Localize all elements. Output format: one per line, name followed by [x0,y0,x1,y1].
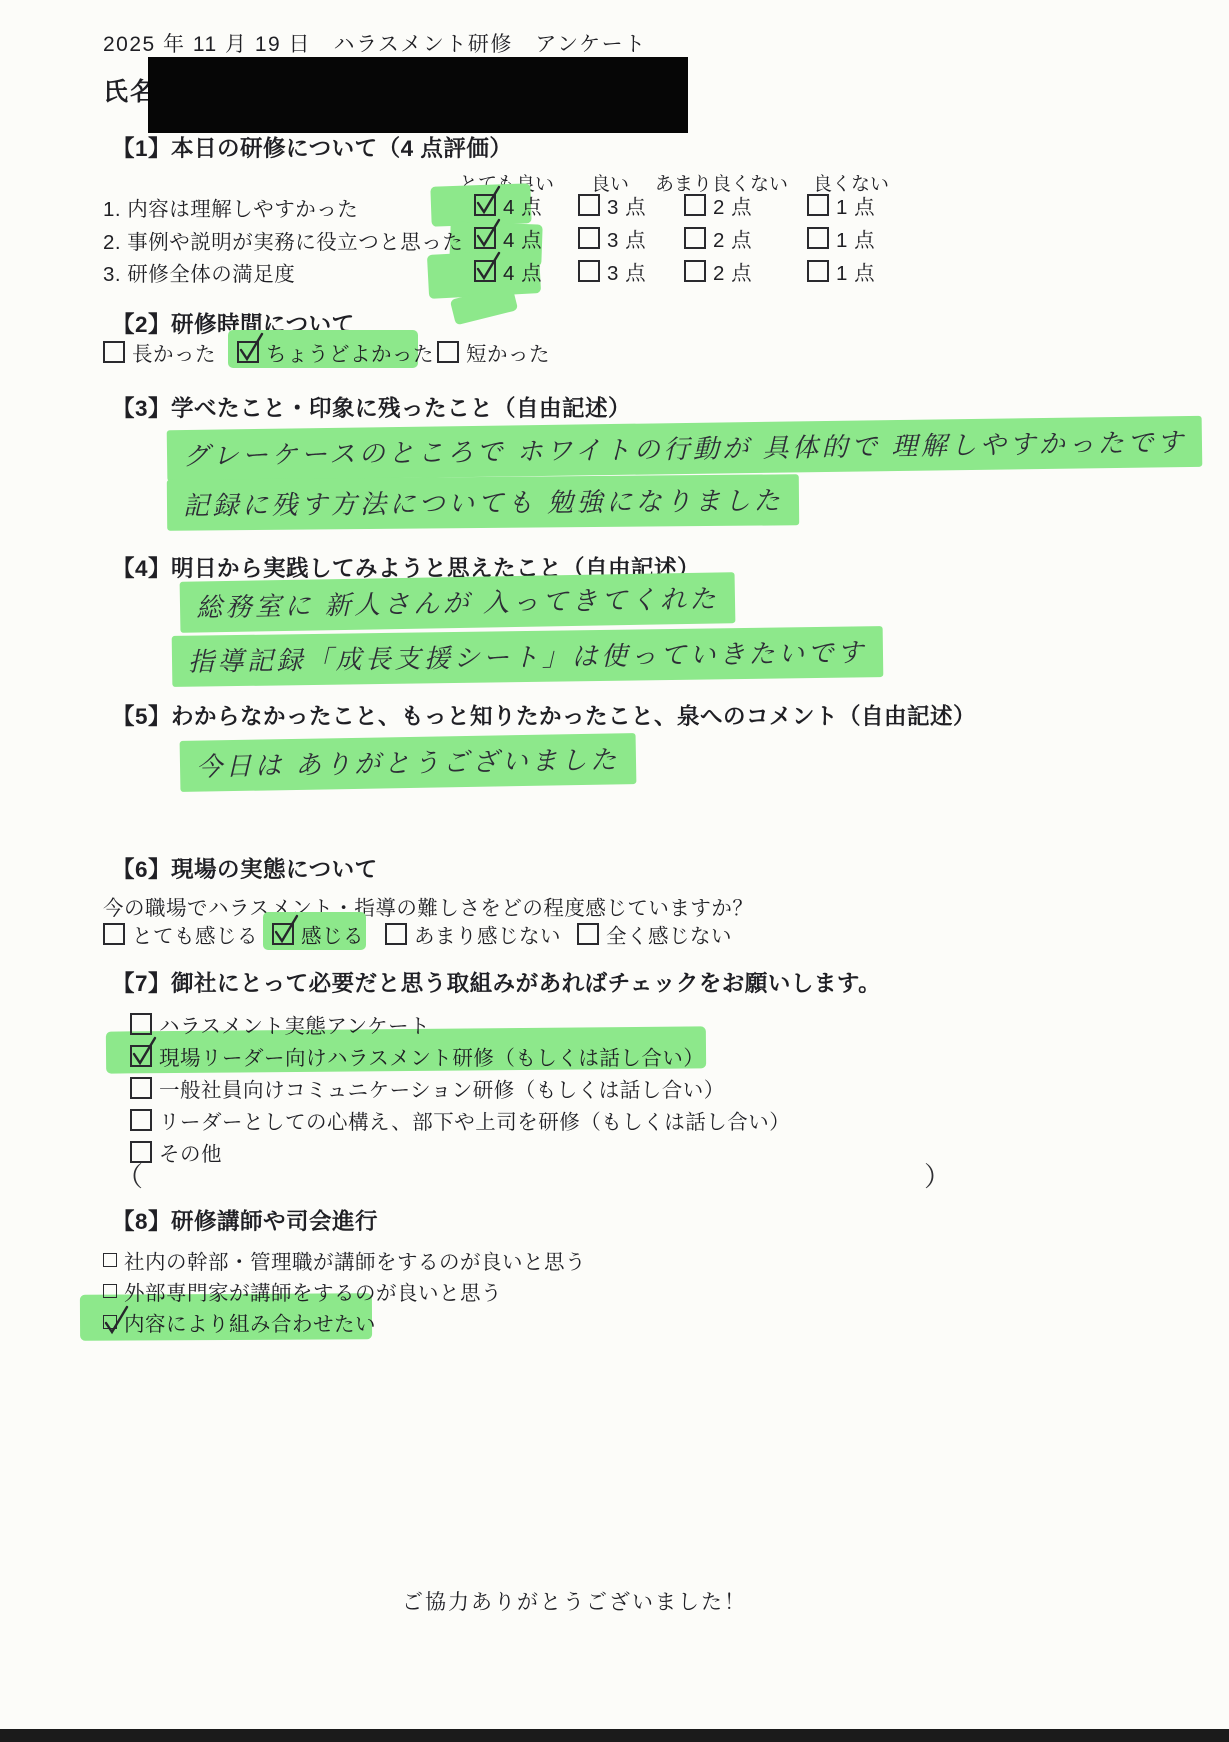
option-label: 1 点 [836,256,875,286]
rating-row-label: 2. 事例や説明が実務に役立つと思った [103,225,463,255]
checkbox[interactable] [130,1013,152,1035]
handwritten-text: 今日は ありがとうございました [196,744,620,781]
section6-title: 【6】現場の実態について [112,852,378,884]
checkbox[interactable] [385,923,407,945]
rating-row-label: 1. 内容は理解しやすかった [103,192,358,222]
rating-option-1: 1 点 [807,190,875,220]
option-label: 4 点 [503,223,542,253]
handwritten-text: 記録に残す方法についても 勉強になりました [183,485,783,520]
option-label: 2 点 [713,223,752,253]
rating-option-3: 3 点 [578,223,646,253]
section6-question: 今の職場でハラスメント・指導の難しさをどの程度感じていますか？ [103,891,753,921]
other-answer-paren-close: ） [924,1155,951,1194]
checkbox[interactable] [130,1077,152,1099]
rating-option-4: 4 点 [474,256,542,286]
rating-option-2: 2 点 [684,223,752,253]
rating-option-4: 4 点 [474,223,542,253]
option-label: 1 点 [836,223,875,253]
checkbox-checked[interactable] [474,194,496,216]
option-label: 短かった [466,337,550,367]
rating-option-3: 3 点 [578,256,646,286]
checkbox-checked[interactable] [474,227,496,249]
option-label: 一般社員向けコミュニケーション研修（もしくは話し合い） [159,1073,725,1103]
scan-edge-strip [0,1729,1229,1742]
checkbox[interactable] [103,923,125,945]
initiative-item-leader-training: 現場リーダー向けハラスメント研修（もしくは話し合い） [130,1041,704,1071]
lecturer-option-internal: 社内の幹部・管理職が講師をするのが良いと思う [103,1245,586,1275]
option-label: あまり感じない [414,919,561,949]
section7-title: 【7】御社にとって必要だと思う取組みがあればチェックをお願いします。 [112,966,881,998]
checkbox[interactable] [577,923,599,945]
option-label: 2 点 [713,256,752,286]
rating-option-2: 2 点 [684,190,752,220]
rating-row-label: 3. 研修全体の満足度 [103,257,295,287]
checkbox[interactable] [437,341,459,363]
feel-option-strong: とても感じる [103,919,258,949]
time-option-just-right: ちょうどよかった [237,337,434,367]
checkbox[interactable] [684,260,706,282]
handwritten-text: 総務室に 新人さんが 入ってきてくれた [196,583,719,622]
initiative-item-communication-training: 一般社員向けコミュニケーション研修（もしくは話し合い） [130,1073,725,1103]
feel-option-not-much: あまり感じない [385,919,561,949]
initiative-item-leader-mindset: リーダーとしての心構え、部下や上司を研修（もしくは話し合い） [130,1105,790,1135]
rating-option-3: 3 点 [578,190,646,220]
initiative-item-other: その他 [130,1137,222,1167]
checkbox[interactable] [807,227,829,249]
checkbox[interactable] [578,227,600,249]
option-label: 4 点 [503,190,542,220]
checkbox[interactable] [578,194,600,216]
checkbox[interactable] [130,1109,152,1131]
checkbox[interactable] [684,194,706,216]
rating-option-1: 1 点 [807,256,875,286]
handwritten-answer: 記録に残す方法についても 勉強になりました [167,474,800,531]
handwritten-answer: グレーケースのところで ホワイトの行動が 具体的で 理解しやすかったです [167,416,1203,481]
survey-page: 2025 年 11 月 19 日 ハラスメント研修 アンケート 氏名 【1】本日… [0,0,1229,1742]
checkbox-checked[interactable] [130,1045,152,1067]
option-label: 全く感じない [606,919,732,949]
option-label: ちょうどよかった [266,337,434,367]
rating-option-1: 1 点 [807,223,875,253]
option-label: 3 点 [607,190,646,220]
time-option-long: 長かった [103,337,216,367]
checkbox[interactable] [578,260,600,282]
checkbox-checked[interactable] [474,260,496,282]
option-label: とても感じる [132,919,258,949]
option-label: 3 点 [607,223,646,253]
option-label: その他 [159,1137,222,1167]
section1-title: 【1】本日の研修について（4 点評価） [112,131,512,163]
checkbox[interactable] [103,341,125,363]
option-label: ハラスメント実態アンケート [159,1009,430,1039]
checkbox[interactable] [807,260,829,282]
option-label: 現場リーダー向けハラスメント研修（もしくは話し合い） [159,1041,704,1071]
other-answer-paren-open: （ [116,1155,143,1194]
section5-title: 【5】わからなかったこと、もっと知りたかったこと、泉へのコメント（自由記述） [112,699,976,731]
lecturer-option-combined: 内容により組み合わせたい [103,1307,376,1337]
feel-option-none: 全く感じない [577,919,732,949]
option-label: 社内の幹部・管理職が講師をするのが良いと思う [124,1245,586,1275]
lecturer-option-external: 外部専門家が講師をするのが良いと思う [103,1276,502,1306]
option-label: 1 点 [836,190,875,220]
name-redaction-box [148,57,688,133]
checkbox-checked[interactable] [103,1315,117,1329]
checkbox-checked[interactable] [272,923,294,945]
rating-option-4: 4 点 [474,190,542,220]
handwritten-answer: 総務室に 新人さんが 入ってきてくれた [180,572,736,633]
checkbox-checked[interactable] [237,341,259,363]
rating-option-2: 2 点 [684,256,752,286]
option-label: 2 点 [713,190,752,220]
checkbox[interactable] [103,1284,117,1298]
section3-title: 【3】学べたこと・印象に残ったこと（自由記述） [112,391,631,423]
handwritten-answer: 指導記録「成長支援シート」は使っていきたいです [172,626,883,687]
feel-option-yes: 感じる [272,919,364,949]
handwritten-text: グレーケースのところで ホワイトの行動が 具体的で 理解しやすかったです [183,427,1187,471]
handwritten-text: 指導記録「成長支援シート」は使っていきたいです [188,637,867,676]
checkbox[interactable] [684,227,706,249]
option-label: 感じる [301,919,364,949]
option-label: 内容により組み合わせたい [124,1307,376,1337]
footer-thanks: ご協力ありがとうございました！ [402,1586,747,1616]
initiative-item-survey: ハラスメント実態アンケート [130,1009,430,1039]
handwritten-answer: 今日は ありがとうございました [180,733,637,792]
option-label: 3 点 [607,256,646,286]
option-label: 4 点 [503,256,542,286]
section8-title: 【8】研修講師や司会進行 [112,1204,378,1236]
checkbox[interactable] [807,194,829,216]
option-label: 外部専門家が講師をするのが良いと思う [124,1276,502,1306]
checkbox[interactable] [103,1253,117,1267]
option-label: 長かった [132,337,216,367]
option-label: リーダーとしての心構え、部下や上司を研修（もしくは話し合い） [159,1105,790,1135]
document-title: 2025 年 11 月 19 日 ハラスメント研修 アンケート [103,28,647,58]
time-option-short: 短かった [437,337,550,367]
